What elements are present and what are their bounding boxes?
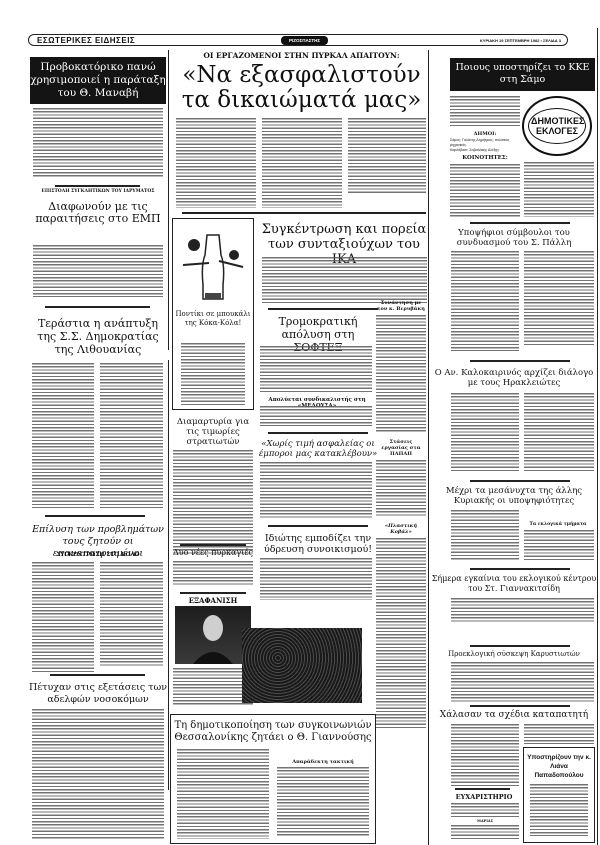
- insurance-headline: «Χωρίς τιμή ασφαλείας οι έμποροι μας κατ…: [258, 439, 378, 459]
- kalokairinos-body-col2: [524, 393, 594, 473]
- divider: [470, 645, 570, 647]
- papap-headline: Στάσεις εργασίας στα ΠΑΠΑΠ: [376, 439, 426, 457]
- midnight-subhead: Τα εκλογικά τμήματα: [522, 522, 594, 527]
- plastiki-headline: «Πλαστική Κοβάλ»: [376, 524, 426, 535]
- giannakitsidis-body: [451, 598, 594, 622]
- missing-headline: ΕΞΑΦΑΝΙΣΗ: [170, 596, 256, 605]
- divider: [470, 360, 570, 362]
- fires-headline: Δυο νέες πυρκαγιές: [170, 549, 256, 558]
- nurses-headline: Πέτυχαν στις εξετάσεις των αδελφών νοσοκ…: [28, 682, 168, 706]
- page-header: ΕΣΩΤΕΡΙΚΕΣ ΕΙΔΗΣΕΙΣ ΡΙΖΟΣΠΑΣΤΗΣ ΚΥΡΙΑΚΗ …: [28, 34, 568, 46]
- samos-communities-col2: [524, 162, 594, 217]
- divider: [455, 788, 510, 790]
- newspaper-page: ΕΣΩΤΕΡΙΚΕΣ ΕΙΔΗΣΕΙΣ ΡΙΖΟΣΠΑΣΤΗΣ ΚΥΡΙΑΚΗ …: [0, 0, 600, 845]
- divider: [268, 525, 368, 527]
- karystos-body: [451, 662, 594, 702]
- kalokairinos-headline: Ο Αν. Καλοκαιρινός αρχίζει διάλογο με το…: [430, 368, 598, 388]
- midnight-body-col1: [451, 510, 519, 560]
- verivakis-headline: Συνάντηση με τον κ. Βερυβάκη: [376, 300, 426, 312]
- soldiers-body: [173, 450, 253, 555]
- pyrkal-headline: «Να εξασφαλιστούν τα δικαιώματά μας»: [175, 63, 428, 113]
- divider: [55, 185, 140, 187]
- bottle-icon: [179, 225, 247, 305]
- column-divider: [168, 360, 169, 790]
- fires-body: [173, 561, 253, 586]
- list-item: Σάμος: Γαλάνης Δημήτριος, πολιτικός μηχα…: [450, 138, 520, 148]
- repatriated-body-col2: [100, 562, 163, 667]
- transport-subhead: Απαράδεκτη τακτική: [275, 759, 371, 765]
- softex-body: [260, 346, 372, 394]
- cocacola-body: [181, 343, 245, 405]
- thanks-body-2: [451, 825, 519, 839]
- water-headline: Ιδιώτης εμποδίζει την ύδρευση συνοικισμο…: [258, 533, 378, 555]
- divider: [180, 544, 246, 546]
- pallis-body-col1: [451, 251, 519, 351]
- thanks-signature: ΜΑΡΙΑΣ: [451, 819, 519, 823]
- pyrkal-body-col1: [176, 118, 256, 208]
- emp-body: [33, 245, 163, 297]
- cocacola-headline: Ποντίκι σε μπουκάλι της Κόκα-Κόλα!: [175, 310, 251, 328]
- elections-badge-label: ΔΗΜΟΤΙΚΕΣ ΕΚΛΟΓΕΣ: [528, 108, 586, 144]
- emp-kicker: ΕΠΙΣΤΟΛΗ ΣΥΓΚΛΗΤΙΚΩΝ ΤΟΥ ΙΔΡΥΜΑΤΟΣ: [30, 189, 166, 194]
- thanks-body: [451, 803, 519, 817]
- pyrkal-kicker: ΟΙ ΕΡΓΑΖΟΜΕΝΟΙ ΣΤΗΝ ΠΥΡΚΑΛ ΑΠΑΙΤΟΥΝ:: [175, 51, 428, 60]
- bottle-photo: [179, 225, 247, 305]
- papap-body: [376, 460, 426, 516]
- papadopoulou-box: Υποστηρίζουν την κ. Λιάνα Παπαδοπούλου: [523, 747, 595, 843]
- divider: [470, 705, 570, 707]
- list-item: Καρλόβασι: Σαβαλάκης Αλέξης.: [450, 148, 520, 153]
- ika-body: [262, 257, 427, 303]
- verivakis-body: [376, 315, 426, 433]
- papadopoulou-body: [530, 784, 588, 836]
- soldiers-headline: Διαμαρτυρία για τις τιμωρίες στρατιωτών: [170, 417, 256, 447]
- giannakitsidis-headline: Σήμερα εγκαίνια του εκλογικού κέντρου το…: [430, 574, 598, 594]
- pallis-headline: Υποψήφιοι σύμβουλοι του συνδυασμού του Σ…: [430, 228, 598, 248]
- samos-municipalities-label: ΔΗΜΟΙ:: [450, 131, 520, 137]
- manavis-headline: Προβοκατόρικο πανώ χρησιμοποιεί η παράτα…: [30, 57, 166, 100]
- samos-communities-label: ΚΟΙΝΟΤΗΤΕΣ:: [450, 155, 520, 161]
- pallis-body-col2: [524, 251, 594, 346]
- trespasser-headline: Χάλασαν τα σχέδια καταπατητή: [430, 711, 598, 721]
- column-divider: [168, 50, 169, 350]
- repatriated-kicker: ΣΥΓΚΕΝΤΡΩΣΗ ΣΤΟ ΒΟΛΟ: [28, 552, 168, 558]
- manavis-headline-box: Προβοκατόρικο πανώ χρησιμοποιεί η παράτα…: [30, 57, 166, 104]
- insurance-body: [260, 462, 372, 518]
- missing-person-photo: [175, 606, 251, 664]
- transport-body-col2: [277, 767, 369, 837]
- missing-caption: [173, 668, 253, 706]
- pyrkal-body-col2: [262, 118, 342, 208]
- kalokairinos-body-col1: [451, 393, 519, 473]
- lithuania-body-col1: [32, 363, 94, 508]
- elections-badge: ΔΗΜΟΤΙΚΕΣ ΕΚΛΟΓΕΣ: [522, 96, 592, 156]
- divider: [45, 306, 150, 308]
- samos-lead: [450, 96, 520, 126]
- papadopoulou-headline: Υποστηρίζουν την κ. Λιάνα Παπαδοπούλου: [526, 753, 592, 780]
- plastiki-body: [376, 538, 426, 728]
- transport-headline: Τη δημοτικοποίηση των συγκοινωνιών Θεσσα…: [173, 720, 373, 744]
- trespasser-body-col2: [524, 724, 594, 744]
- manavis-body: [33, 108, 163, 178]
- emp-headline: Διαφωνούν με τις παραιτήσεις στο ΕΜΠ: [30, 201, 166, 225]
- midnight-body-col2: [524, 530, 594, 560]
- issue-date: ΚΥΡΙΑΚΗ 19 ΣΕΠΤΕΜΒΡΗ 1982 • ΣΕΛΙΔΑ 3: [480, 35, 561, 46]
- melousa-body: [260, 406, 372, 426]
- divider: [182, 212, 426, 214]
- transport-box: Τη δημοτικοποίηση των συγκοινωνιών Θεσσα…: [170, 714, 376, 844]
- divider: [268, 432, 368, 434]
- karystos-headline: Προεκλογική σύσκεψη Καρυστιωτών: [430, 651, 598, 659]
- trespasser-body-col1: [451, 724, 519, 786]
- nurses-body: [32, 709, 164, 839]
- divider: [45, 515, 145, 517]
- person-portrait-icon: [175, 606, 251, 664]
- pyrkal-body-col3: [348, 118, 426, 193]
- right-narrow-column: Συνάντηση με τον κ. Βερυβάκη Στάσεις εργ…: [376, 300, 426, 700]
- divider: [180, 592, 246, 594]
- cocacola-box: Ποντίκι σε μπουκάλι της Κόκα-Κόλα!: [172, 218, 254, 410]
- divider: [50, 674, 145, 676]
- divider: [470, 222, 570, 224]
- samos-communities-col1: [450, 164, 520, 217]
- column-divider: [428, 50, 429, 845]
- transport-body-col1: [177, 749, 269, 839]
- lithuania-body-col2: [100, 363, 163, 508]
- newspaper-name: ΡΙΖΟΣΠΑΣΤΗΣ: [281, 36, 328, 45]
- midnight-headline: Μέχρι τα μεσάνυχτα της άλλης Κυριακής οι…: [430, 486, 598, 506]
- samos-headline: Ποιους υποστηρίζει το ΚΚΕ στη Σάμο: [450, 58, 595, 86]
- divider: [470, 480, 570, 482]
- news-photo: [242, 628, 362, 703]
- page-edge: [597, 28, 598, 845]
- divider: [268, 308, 378, 310]
- samos-municipalities-list: Σάμος: Γαλάνης Δημήτριος, πολιτικός μηχα…: [450, 138, 520, 153]
- water-body: [260, 558, 372, 600]
- lithuania-headline: Τεράστια η ανάπτυξη της Σ.Σ. Δημοκρατίας…: [28, 317, 168, 356]
- samos-headline-box: Ποιους υποστηρίζει το ΚΚΕ στη Σάμο: [450, 58, 595, 91]
- section-title: ΕΣΩΤΕΡΙΚΕΣ ΕΙΔΗΣΕΙΣ: [37, 35, 135, 46]
- thanks-headline: ΕΥΧΑΡΙΣΤΗΡΙΟ: [448, 793, 520, 801]
- divider: [470, 568, 570, 570]
- repatriated-body-col1: [32, 562, 94, 672]
